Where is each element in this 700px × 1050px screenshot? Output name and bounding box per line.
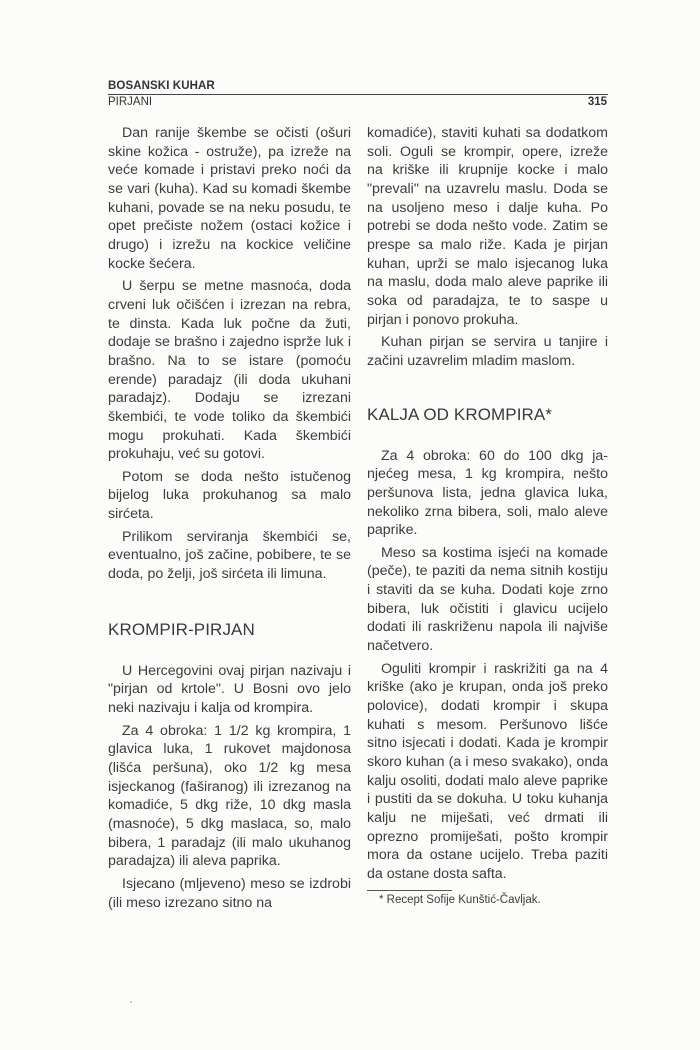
right-column: komadiće), staviti kuhati sa dodatkom so… bbox=[367, 124, 608, 908]
footnote-rule bbox=[367, 890, 452, 891]
chapter-title: PIRJANI bbox=[108, 95, 152, 109]
paragraph: Dan ranije škembe se očisti (ošuri skine… bbox=[108, 124, 351, 273]
paragraph: Prilikom serviranja škembići se, eventua… bbox=[108, 528, 351, 584]
paragraph: Isjecano (mljeveno) meso se izdrobi (ili… bbox=[108, 875, 351, 912]
header-row: PIRJANI 315 bbox=[108, 95, 608, 109]
footnote: * Recept Sofije Kunštić-Čavljak. bbox=[367, 893, 608, 908]
paragraph: U Hercegovini ovaj pirjan naziva­ju i "p… bbox=[108, 662, 351, 718]
paragraph: Meso sa kostima isjeći na komade (peče),… bbox=[367, 544, 608, 656]
paragraph: Potom se doda nešto istučenog bijelog lu… bbox=[108, 468, 351, 524]
scan-speck bbox=[130, 1001, 132, 1003]
paragraph: Za 4 obroka: 60 do 100 dkg ja­njećeg mes… bbox=[367, 447, 608, 540]
left-column: Dan ranije škembe se očisti (ošuri skine… bbox=[108, 124, 351, 916]
paragraph: U šerpu se metne masnoća, doda crveni lu… bbox=[108, 277, 351, 464]
running-header: BOSANSKI KUHAR PIRJANI 315 bbox=[108, 79, 608, 109]
page-number: 315 bbox=[588, 95, 608, 109]
book-title: BOSANSKI KUHAR bbox=[108, 79, 608, 93]
section-title-krompir-pirjan: KROMPIR-PIRJAN bbox=[108, 620, 351, 640]
paragraph: Oguliti krompir i raskrižiti ga na 4 kri… bbox=[367, 660, 608, 884]
book-page: BOSANSKI KUHAR PIRJANI 315 Dan ranije šk… bbox=[0, 0, 700, 1050]
paragraph: Kuhan pirjan se servira u tanjire i zači… bbox=[367, 333, 608, 370]
section-title-kalja-od-krompira: KALJA OD KROMPIRA* bbox=[367, 405, 608, 425]
paragraph-continued: komadiće), staviti kuhati sa dodatkom so… bbox=[367, 124, 608, 329]
paragraph: Za 4 obroka: 1 1/2 kg krompira, 1 glavic… bbox=[108, 722, 351, 871]
